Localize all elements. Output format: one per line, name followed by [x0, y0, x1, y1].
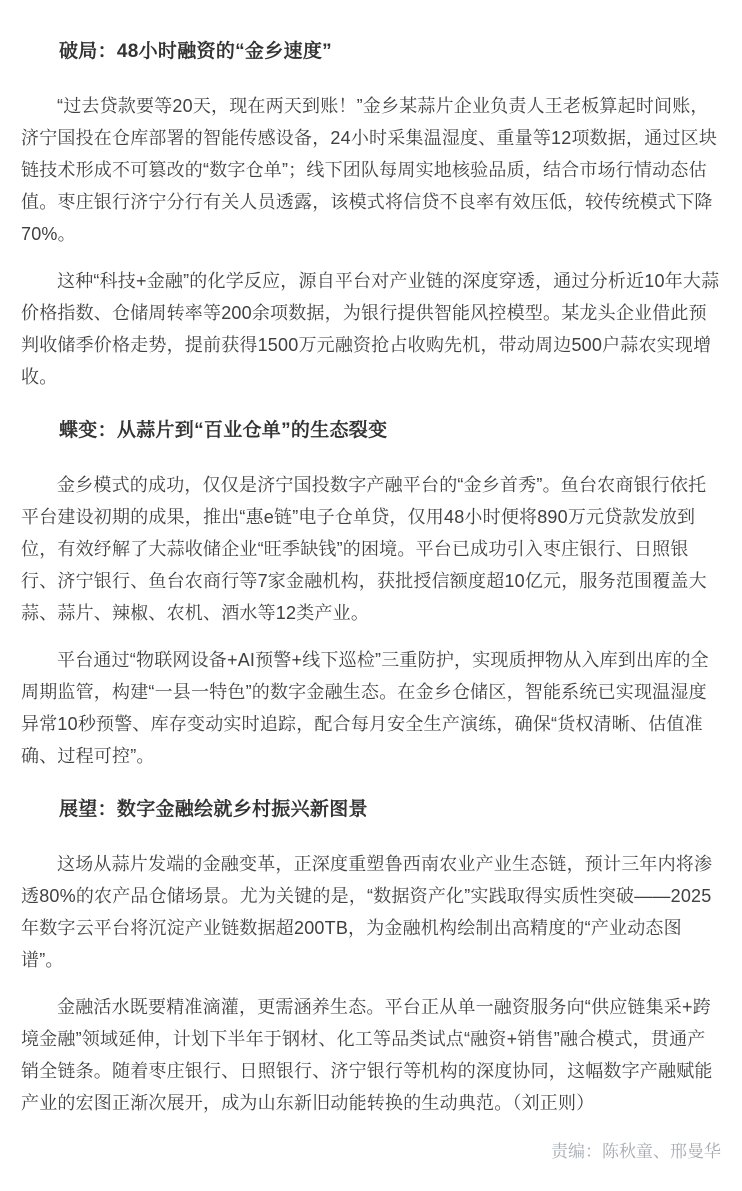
paragraph-6: 金融活水既要精准滴灌，更需涵养生态。平台正从单一融资服务向“供应链集采+跨境金融… [21, 991, 721, 1119]
paragraph-3: 金乡模式的成功，仅仅是济宁国投数字产融平台的“金乡首秀”。鱼台农商银行依托平台建… [21, 469, 721, 629]
article-page: 破局：48小时融资的“金乡速度” “过去贷款要等20天，现在两天到账！”金乡某蒜… [0, 0, 742, 1191]
paragraph-1: “过去贷款要等20天，现在两天到账！”金乡某蒜片企业负责人王老板算起时间账，济宁… [21, 90, 721, 250]
section-heading-zhanwang: 展望：数字金融绘就乡村振兴新图景 [21, 794, 721, 826]
section-heading-diebian: 蝶变：从蒜片到“百业仓单”的生态裂变 [21, 415, 721, 447]
article-body: 破局：48小时融资的“金乡速度” “过去贷款要等20天，现在两天到账！”金乡某蒜… [21, 36, 721, 1167]
paragraph-5: 这场从蒜片发端的金融变革，正深度重塑鲁西南农业产业生态链，预计三年内将渗透80%… [21, 848, 721, 976]
paragraph-4: 平台通过“物联网设备+AI预警+线下巡检”三重防护，实现质押物从入库到出库的全周… [21, 644, 721, 772]
paragraph-2: 这种“科技+金融”的化学反应，源自平台对产业链的深度穿透，通过分析近10年大蒜价… [21, 265, 721, 393]
section-heading-pojú: 破局：48小时融资的“金乡速度” [21, 36, 721, 68]
editor-credit: 责编：陈秋童、邢曼华 [21, 1137, 721, 1167]
